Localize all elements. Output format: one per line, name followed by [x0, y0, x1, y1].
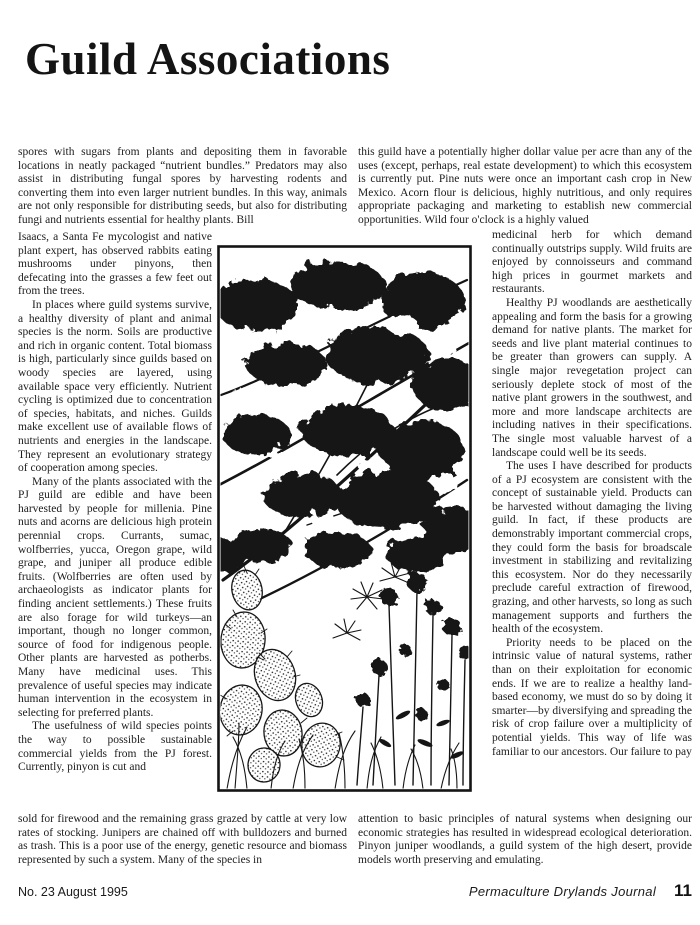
page-title: Guild Associations	[25, 33, 390, 85]
paragraph: In places where guild systems survive, a…	[18, 299, 212, 476]
left-column-narrow-text: Isaacs, a Santa Fe mycologist and native…	[18, 231, 212, 812]
paragraph: Isaacs, a Santa Fe mycologist and native…	[18, 231, 212, 299]
page-footer: No. 23 August 1995 Permaculture Drylands…	[18, 881, 692, 901]
paragraph: Priority needs to be placed on the intri…	[492, 637, 692, 759]
left-column-bottom-wide-text: sold for firewood and the remaining gras…	[18, 813, 347, 871]
paragraph: Healthy PJ woodlands are aesthetically a…	[492, 297, 692, 460]
botanical-illustration	[217, 245, 472, 792]
footer-right-group: Permaculture Drylands Journal 11	[469, 881, 692, 901]
botanical-illustration-drawing	[217, 245, 472, 792]
right-column-bottom-wide-text: attention to basic principles of natural…	[358, 813, 692, 871]
right-column-top-wide-text: this guild have a potentially higher dol…	[358, 146, 692, 229]
page-number: 11	[674, 881, 692, 901]
left-column-top-wide-text: spores with sugars from plants and depos…	[18, 146, 347, 231]
paragraph: medicinal herb for which demand continua…	[492, 229, 692, 297]
paragraph: The uses I have described for products o…	[492, 460, 692, 637]
journal-page: { "page": { "title": "Guild Associations…	[0, 0, 700, 925]
right-column-narrow-text: medicinal herb for which demand continua…	[492, 229, 692, 812]
paragraph: Many of the plants associated with the P…	[18, 476, 212, 721]
paragraph: The usefulness of wild species points th…	[18, 720, 212, 774]
journal-name: Permaculture Drylands Journal	[469, 884, 656, 899]
issue-date: No. 23 August 1995	[18, 885, 128, 899]
